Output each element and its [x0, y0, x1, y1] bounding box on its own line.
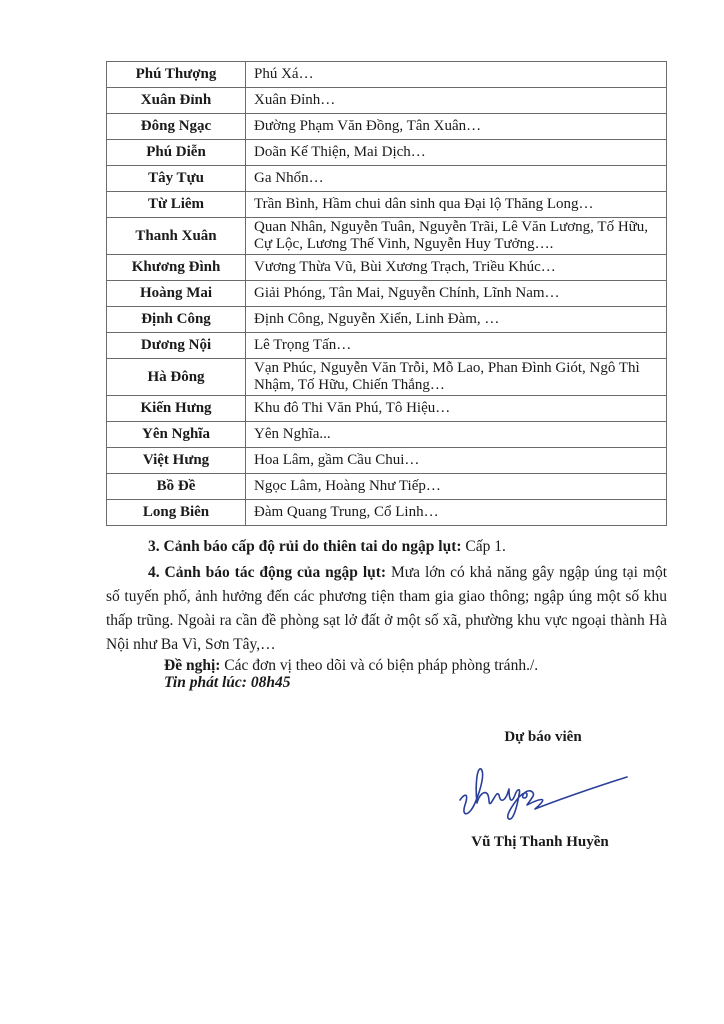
streets-cell: Định Công, Nguyễn Xiển, Linh Đàm, … — [246, 307, 667, 333]
section-4-label: 4. Cảnh báo tác động của ngập lụt: — [148, 564, 386, 581]
table-row: Thanh XuânQuan Nhân, Nguyễn Tuân, Nguyễn… — [107, 218, 667, 255]
issued-time: Tin phát lúc: 08h45 — [164, 671, 664, 695]
area-cell: Xuân Đỉnh — [107, 88, 246, 114]
streets-cell: Vương Thừa Vũ, Bùi Xương Trạch, Triều Kh… — [246, 255, 667, 281]
table-row: Dương NộiLê Trọng Tấn… — [107, 333, 667, 359]
section-4-impact: 4. Cảnh báo tác động của ngập lụt: Mưa l… — [106, 561, 667, 657]
section-3-text: Cấp 1. — [462, 538, 506, 555]
streets-cell: Giải Phóng, Tân Mai, Nguyễn Chính, Lĩnh … — [246, 281, 667, 307]
streets-cell: Hoa Lâm, gầm Cầu Chui… — [246, 448, 667, 474]
area-cell: Dương Nội — [107, 333, 246, 359]
flood-locations-table: Phú ThượngPhú Xá…Xuân ĐỉnhXuân Đỉnh…Đông… — [106, 61, 667, 526]
streets-cell: Vạn Phúc, Nguyễn Văn Trỗi, Mỗ Lao, Phan … — [246, 359, 667, 396]
table-row: Long BiênĐàm Quang Trung, Cổ Linh… — [107, 500, 667, 526]
streets-cell: Phú Xá… — [246, 62, 667, 88]
streets-cell: Đường Phạm Văn Đồng, Tân Xuân… — [246, 114, 667, 140]
section-3-label: 3. Cảnh báo cấp độ rủi do thiên tai do n… — [148, 538, 462, 555]
area-cell: Phú Diễn — [107, 140, 246, 166]
streets-cell: Quan Nhân, Nguyễn Tuân, Nguyễn Trãi, Lê … — [246, 218, 667, 255]
area-cell: Hoàng Mai — [107, 281, 246, 307]
area-cell: Tây Tựu — [107, 166, 246, 192]
area-cell: Định Công — [107, 307, 246, 333]
signature-name: Vũ Thị Thanh Huyền — [440, 834, 640, 851]
table-row: Từ LiêmTrần Bình, Hầm chui dân sinh qua … — [107, 192, 667, 218]
area-cell: Bồ Đề — [107, 474, 246, 500]
streets-cell: Yên Nghĩa... — [246, 422, 667, 448]
table-row: Hà ĐôngVạn Phúc, Nguyễn Văn Trỗi, Mỗ Lao… — [107, 359, 667, 396]
area-cell: Hà Đông — [107, 359, 246, 396]
table-row: Tây TựuGa Nhổn… — [107, 166, 667, 192]
area-cell: Khương Đình — [107, 255, 246, 281]
document-page: Phú ThượngPhú Xá…Xuân ĐỉnhXuân Đỉnh…Đông… — [0, 0, 724, 1024]
area-cell: Việt Hưng — [107, 448, 246, 474]
streets-cell: Lê Trọng Tấn… — [246, 333, 667, 359]
area-cell: Yên Nghĩa — [107, 422, 246, 448]
table-row: Phú ThượngPhú Xá… — [107, 62, 667, 88]
table-row: Xuân ĐỉnhXuân Đỉnh… — [107, 88, 667, 114]
table-row: Bồ ĐềNgọc Lâm, Hoàng Như Tiếp… — [107, 474, 667, 500]
streets-cell: Doãn Kế Thiện, Mai Dịch… — [246, 140, 667, 166]
streets-cell: Ngọc Lâm, Hoàng Như Tiếp… — [246, 474, 667, 500]
area-cell: Phú Thượng — [107, 62, 246, 88]
streets-cell: Khu đô Thi Văn Phú, Tô Hiệu… — [246, 396, 667, 422]
streets-cell: Xuân Đỉnh… — [246, 88, 667, 114]
area-cell: Đông Ngạc — [107, 114, 246, 140]
table-row: Định CôngĐịnh Công, Nguyễn Xiển, Linh Đà… — [107, 307, 667, 333]
signature-title: Dự báo viên — [463, 729, 623, 746]
area-cell: Kiến Hưng — [107, 396, 246, 422]
area-cell: Từ Liêm — [107, 192, 246, 218]
signature-icon — [455, 755, 635, 830]
table-row: Kiến HưngKhu đô Thi Văn Phú, Tô Hiệu… — [107, 396, 667, 422]
table-row: Hoàng MaiGiải Phóng, Tân Mai, Nguyễn Chí… — [107, 281, 667, 307]
area-cell: Thanh Xuân — [107, 218, 246, 255]
table-row: Việt HưngHoa Lâm, gầm Cầu Chui… — [107, 448, 667, 474]
area-cell: Long Biên — [107, 500, 246, 526]
section-3-risk-level: 3. Cảnh báo cấp độ rủi do thiên tai do n… — [106, 535, 667, 559]
streets-cell: Đàm Quang Trung, Cổ Linh… — [246, 500, 667, 526]
table-row: Phú DiễnDoãn Kế Thiện, Mai Dịch… — [107, 140, 667, 166]
streets-cell: Ga Nhổn… — [246, 166, 667, 192]
table-row: Khương ĐìnhVương Thừa Vũ, Bùi Xương Trạc… — [107, 255, 667, 281]
streets-cell: Trần Bình, Hầm chui dân sinh qua Đại lộ … — [246, 192, 667, 218]
table-row: Yên NghĩaYên Nghĩa... — [107, 422, 667, 448]
table-row: Đông NgạcĐường Phạm Văn Đồng, Tân Xuân… — [107, 114, 667, 140]
